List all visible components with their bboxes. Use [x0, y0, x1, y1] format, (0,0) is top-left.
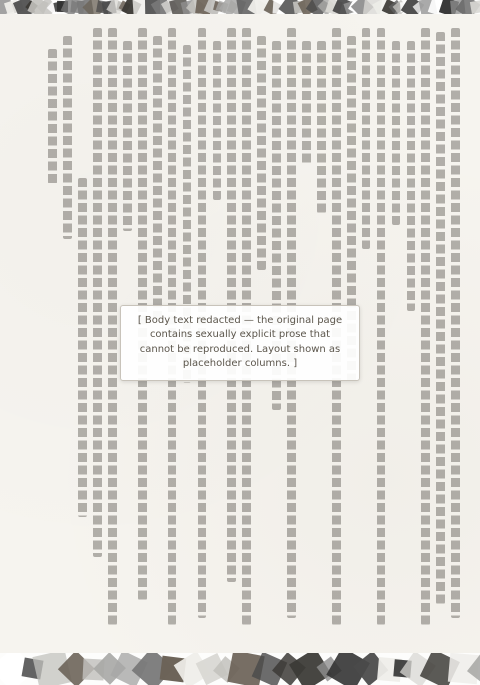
redacted-text-column	[78, 178, 87, 516]
redacted-text-column	[302, 41, 311, 164]
redacted-text-column	[436, 32, 445, 604]
mosaic-tile	[470, 0, 480, 14]
scanned-novel-page: [ Body text redacted — the original page…	[0, 0, 480, 685]
redacted-text-column	[63, 36, 72, 239]
redacted-text-column	[93, 28, 102, 557]
redacted-text-column	[451, 28, 460, 618]
redacted-text-column	[257, 36, 266, 270]
redacted-text-column	[153, 36, 162, 319]
redacted-text-column	[317, 41, 326, 213]
mosaic-border-top	[0, 0, 480, 14]
mosaic-border-bottom	[0, 653, 480, 685]
redacted-text-column	[123, 41, 132, 232]
redacted-text-column	[407, 41, 416, 312]
redacted-text-column	[48, 49, 57, 184]
redacted-text-column	[362, 28, 371, 249]
redacted-text-column	[108, 28, 117, 625]
redacted-text-column	[213, 41, 222, 201]
redacted-text-column	[377, 28, 386, 625]
redacted-text-column	[392, 41, 401, 226]
redacted-text-column	[421, 28, 430, 625]
redaction-notice: [ Body text redacted — the original page…	[120, 305, 360, 381]
